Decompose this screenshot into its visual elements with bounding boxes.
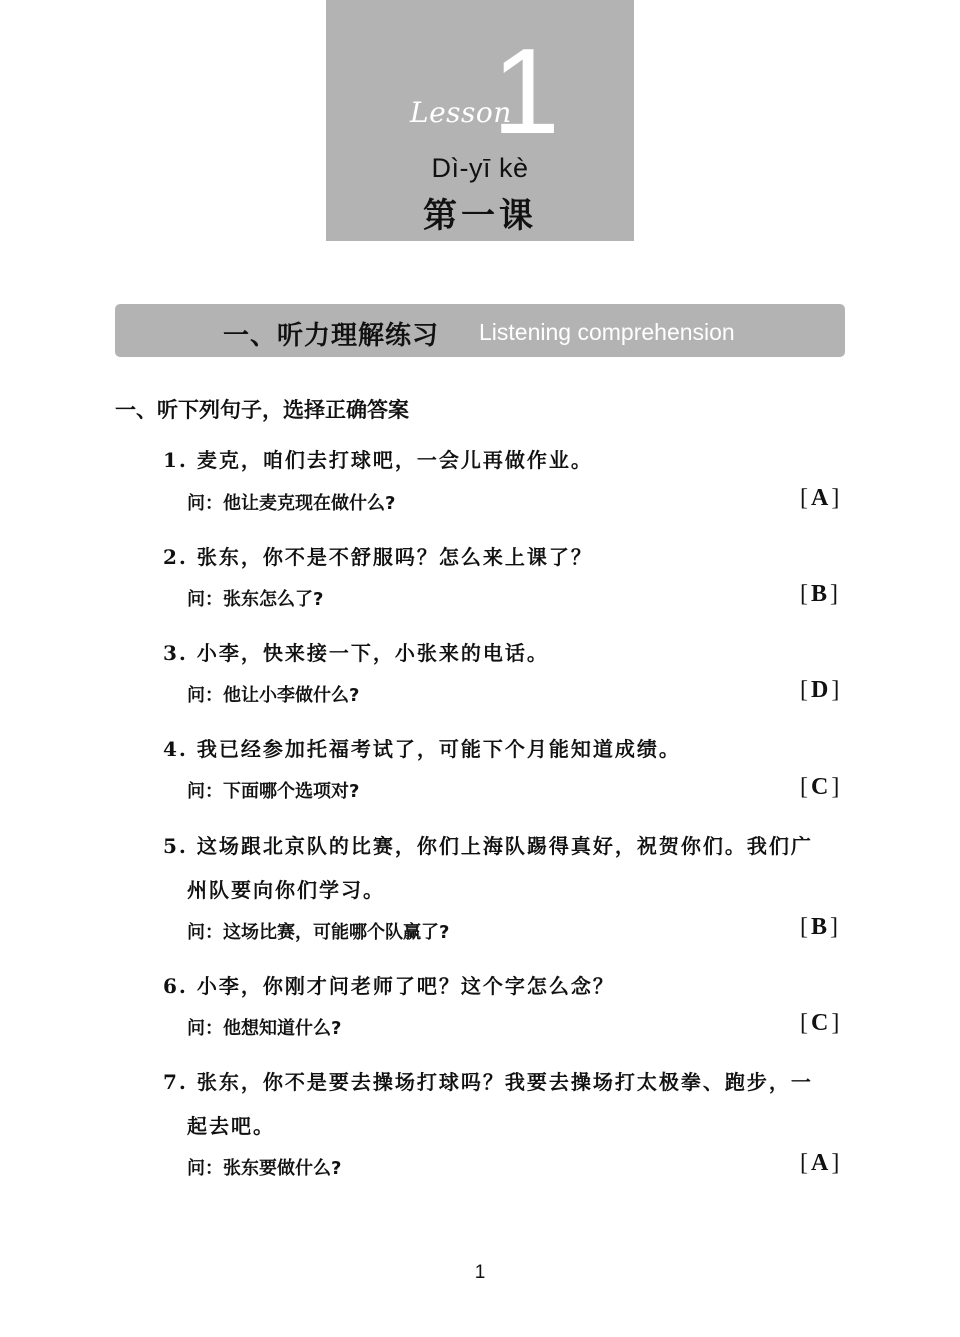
item-sentence: 6. 小李，你刚才问老师了吧？这个字怎么念？	[163, 970, 615, 999]
page-number: 1	[0, 1262, 960, 1284]
answer-letter: D	[808, 677, 831, 703]
item-sentence: 2. 张东，你不是不舒服吗？怎么来上课了？	[163, 541, 593, 570]
lesson-hanzi: 第一课	[326, 188, 634, 237]
item-question: 问：下面哪个选项对?	[187, 777, 359, 803]
item-question: 问：他想知道什么?	[187, 1014, 341, 1040]
item-question: 问：他让麦克现在做什么?	[187, 489, 395, 515]
item-sentence-continued: 州队要向你们学习。	[187, 874, 385, 903]
item-sentence: 5. 这场跟北京队的比赛，你们上海队踢得真好，祝贺你们。我们广	[163, 830, 813, 859]
answer-bracket: [A]	[800, 485, 850, 512]
item-question: 问：张东怎么了?	[187, 585, 323, 611]
answer-letter: C	[808, 1010, 831, 1036]
answer-bracket: [D]	[800, 677, 850, 704]
answer-letter: B	[808, 581, 830, 607]
lesson-header: Lesson 1 Dì-yī kè 第一课	[326, 0, 634, 241]
section-title-zh: 一、听力理解练习	[223, 315, 439, 352]
item-sentence: 1. 麦克，咱们去打球吧，一会儿再做作业。	[163, 444, 593, 473]
section-title-en: Listening comprehension	[479, 319, 735, 346]
item-sentence-continued: 起去吧。	[187, 1110, 275, 1139]
item-question: 问：他让小李做什么?	[187, 681, 359, 707]
answer-bracket: [A]	[800, 1150, 850, 1177]
answer-letter: A	[808, 485, 831, 511]
answer-bracket: [B]	[800, 581, 850, 608]
answer-letter: C	[808, 774, 831, 800]
exercise-title: 一、听下列句子，选择正确答案	[115, 394, 409, 424]
lesson-pinyin: Dì-yī kè	[326, 153, 634, 184]
answer-bracket: [C]	[800, 1010, 850, 1037]
item-question: 问：张东要做什么?	[187, 1154, 341, 1180]
section-banner: 一、听力理解练习 Listening comprehension	[115, 304, 845, 357]
answer-bracket: [C]	[800, 774, 850, 801]
answer-letter: B	[808, 914, 830, 940]
item-sentence: 3. 小李，快来接一下，小张来的电话。	[163, 637, 549, 666]
answer-letter: A	[808, 1150, 831, 1176]
item-question: 问：这场比赛，可能哪个队赢了?	[187, 918, 449, 944]
answer-bracket: [B]	[800, 914, 850, 941]
item-sentence: 7. 张东，你不是要去操场打球吗？我要去操场打太极拳、跑步，一	[163, 1066, 813, 1095]
lesson-number: 1	[492, 30, 560, 152]
item-sentence: 4. 我已经参加托福考试了，可能下个月能知道成绩。	[163, 733, 681, 762]
